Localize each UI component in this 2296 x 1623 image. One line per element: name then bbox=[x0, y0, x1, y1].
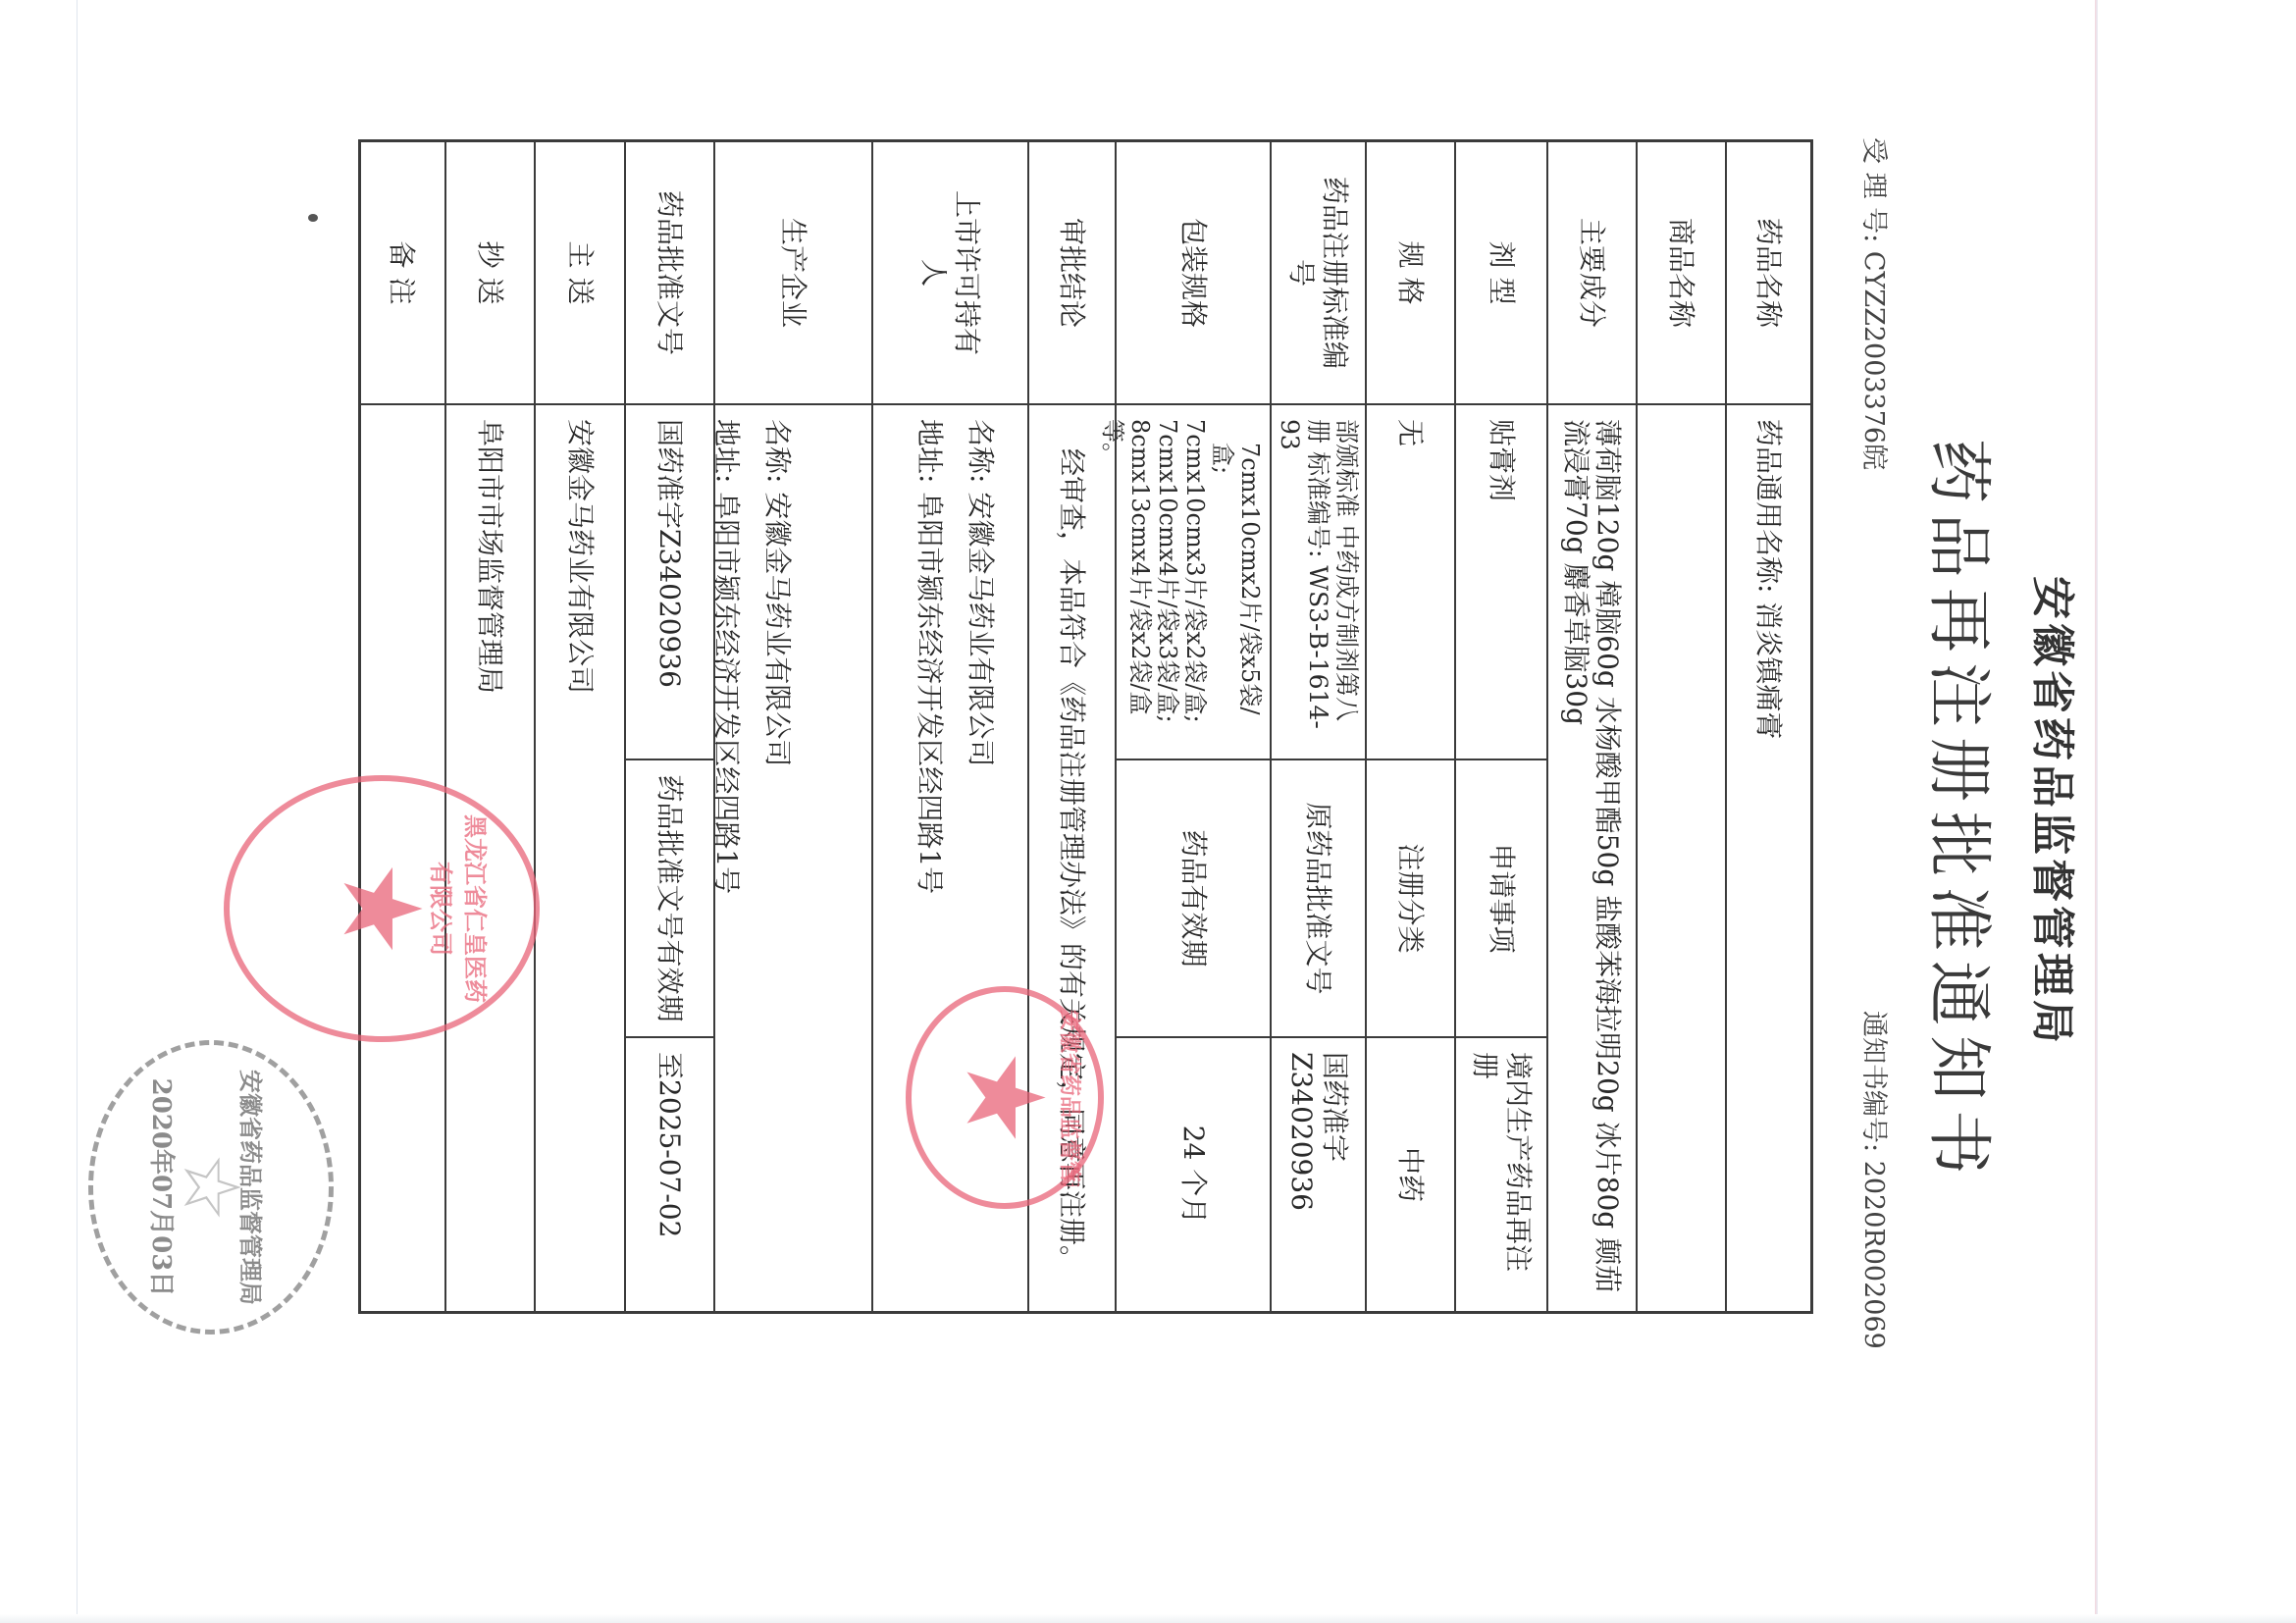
row-dosage-form: 剂 型 贴膏剂 申请事项 境内生产药品再注册 bbox=[1454, 142, 1546, 1311]
row-specification: 规 格 无 注册分类 中药 bbox=[1365, 142, 1454, 1311]
packaging-line: 7cmx10cmx2片/袋x5袋/盒; bbox=[1209, 419, 1264, 745]
label-registration-class: 注册分类 bbox=[1367, 760, 1454, 1038]
document-title: 药品再注册批准通知书 bbox=[1918, 0, 2011, 1623]
label-packaging: 包装规格 bbox=[1117, 142, 1270, 405]
star-icon: ★ bbox=[328, 861, 436, 958]
value-standard-number: 部颁标准 中药成方制剂第八册 标准编号: WS3-B-1614-93 bbox=[1272, 405, 1365, 760]
value-approval-validity: 至2025-07-02 bbox=[626, 1038, 713, 1311]
label-trade-name: 商品名称 bbox=[1638, 142, 1725, 405]
label-main-recipient: 主 送 bbox=[536, 142, 624, 405]
row-approval-number: 药品批准文号 国药准字Z34020936 药品批准文号有效期 至2025-07-… bbox=[624, 142, 713, 1311]
manufacturer-name: 名称: 安徽金马药业有限公司 bbox=[752, 419, 803, 1297]
row-remarks: 备 注 bbox=[358, 142, 444, 1311]
label-approval-number: 药品批准文号 bbox=[626, 142, 713, 405]
value-drug-name: 药品通用名称: 消炎镇痛膏 bbox=[1727, 405, 1810, 1311]
row-trade-name: 商品名称 bbox=[1636, 142, 1725, 1311]
label-shelf-life: 药品有效期 bbox=[1117, 760, 1270, 1038]
document-page: 安徽省药品监督管理局 药品再注册批准通知书 受 理 号: CYZZ2003376… bbox=[0, 0, 2296, 1623]
notice-value: 2020R002069 bbox=[1858, 1161, 1889, 1349]
row-packaging: 包装规格 7cmx10cmx2片/袋x5袋/盒; 7cmx10cmx3片/袋x2… bbox=[1115, 142, 1270, 1311]
row-main-recipient: 主 送 安徽金马药业有限公司 bbox=[534, 142, 624, 1311]
row-manufacturer: 生产企业 名称: 安徽金马药业有限公司 地址: 阜阳市颍东经济开发区经四路1号 bbox=[713, 142, 871, 1311]
value-trade-name bbox=[1638, 405, 1725, 1311]
row-drug-name: 药品名称 药品通用名称: 消炎镇痛膏 bbox=[1725, 142, 1810, 1311]
label-application-type: 申请事项 bbox=[1456, 760, 1546, 1038]
label-standard-number: 药品注册标准编号 bbox=[1272, 142, 1365, 405]
label-dosage-form: 剂 型 bbox=[1456, 142, 1546, 405]
value-specification: 无 bbox=[1367, 405, 1454, 760]
acceptance-value: CYZZ2003376皖 bbox=[1858, 251, 1889, 470]
value-packaging: 7cmx10cmx2片/袋x5袋/盒; 7cmx10cmx3片/袋x2袋/盒; … bbox=[1117, 405, 1270, 760]
value-application-type: 境内生产药品再注册 bbox=[1456, 1038, 1546, 1311]
value-original-approval-no: 国药准字Z34020936 bbox=[1272, 1038, 1365, 1311]
value-dosage-form: 贴膏剂 bbox=[1456, 405, 1546, 760]
acceptance-label: 受 理 号: bbox=[1858, 137, 1889, 242]
value-ingredients: 薄荷脑120g 樟脑60g 水杨酸甲酯50g 盐酸苯海拉明20g 冰片80g 颠… bbox=[1548, 405, 1636, 1311]
issuing-agency: 安徽省药品监督管理局 bbox=[2025, 0, 2088, 1623]
label-conclusion: 审批结论 bbox=[1029, 142, 1115, 405]
date-stamp-date: 2020年07月03日 bbox=[145, 1045, 182, 1330]
row-ingredients: 主要成分 薄荷脑120g 樟脑60g 水杨酸甲酯50g 盐酸苯海拉明20g 冰片… bbox=[1546, 142, 1636, 1311]
label-remarks: 备 注 bbox=[358, 142, 444, 405]
company-seal-text: 黑龙江省仁皇医药有限公司 bbox=[426, 811, 495, 1007]
label-cc: 抄 送 bbox=[446, 142, 534, 405]
value-shelf-life: 24 个月 bbox=[1117, 1038, 1270, 1311]
packaging-line: 7cmx10cmx4片/袋x3袋/盒; bbox=[1154, 419, 1181, 745]
value-registration-class: 中药 bbox=[1367, 1038, 1454, 1311]
company-seal: ★ 黑龙江省仁皇医药有限公司 bbox=[224, 775, 540, 1042]
approval-seal: ★ 安徽省药品监督管理局 行政许可专用章 bbox=[906, 986, 1104, 1209]
value-approval-number: 国药准字Z34020936 bbox=[626, 405, 713, 760]
label-mah: 上市许可持有人 bbox=[873, 142, 1027, 405]
notice-label: 通知书编号: bbox=[1858, 1011, 1889, 1152]
value-main-recipient: 安徽金马药业有限公司 bbox=[536, 405, 624, 1311]
row-cc: 抄 送 阜阳市市场监督管理局 bbox=[444, 142, 534, 1311]
label-approval-validity: 药品批准文号有效期 bbox=[626, 760, 713, 1038]
label-ingredients: 主要成分 bbox=[1548, 142, 1636, 405]
star-icon: ★ bbox=[951, 1049, 1059, 1146]
approval-seal-text: 安徽省药品监督管理局 行政许可专用章 bbox=[1056, 1010, 1086, 1186]
label-drug-name: 药品名称 bbox=[1727, 142, 1810, 405]
label-original-approval-no: 原药品批准文号 bbox=[1272, 760, 1365, 1038]
packaging-line: 8cmx13cmx4片/袋x2袋/盒 bbox=[1126, 419, 1154, 745]
value-manufacturer: 名称: 安徽金马药业有限公司 地址: 阜阳市颍东经济开发区经四路1号 bbox=[715, 405, 871, 1311]
row-standard-number: 药品注册标准编号 部颁标准 中药成方制剂第八册 标准编号: WS3-B-1614… bbox=[1270, 142, 1365, 1311]
acceptance-number: 受 理 号: CYZZ2003376皖 bbox=[1857, 137, 1896, 470]
label-specification: 规 格 bbox=[1367, 142, 1454, 405]
date-stamp-org: 安徽省药品监督管理局 bbox=[235, 1045, 270, 1330]
date-stamp: ☆ 安徽省药品监督管理局 2020年07月03日 bbox=[88, 1040, 334, 1335]
label-manufacturer: 生产企业 bbox=[715, 142, 871, 405]
notice-number: 通知书编号: 2020R002069 bbox=[1857, 1011, 1896, 1349]
packaging-line: 7cmx10cmx3片/袋x2袋/盒; bbox=[1181, 419, 1209, 745]
